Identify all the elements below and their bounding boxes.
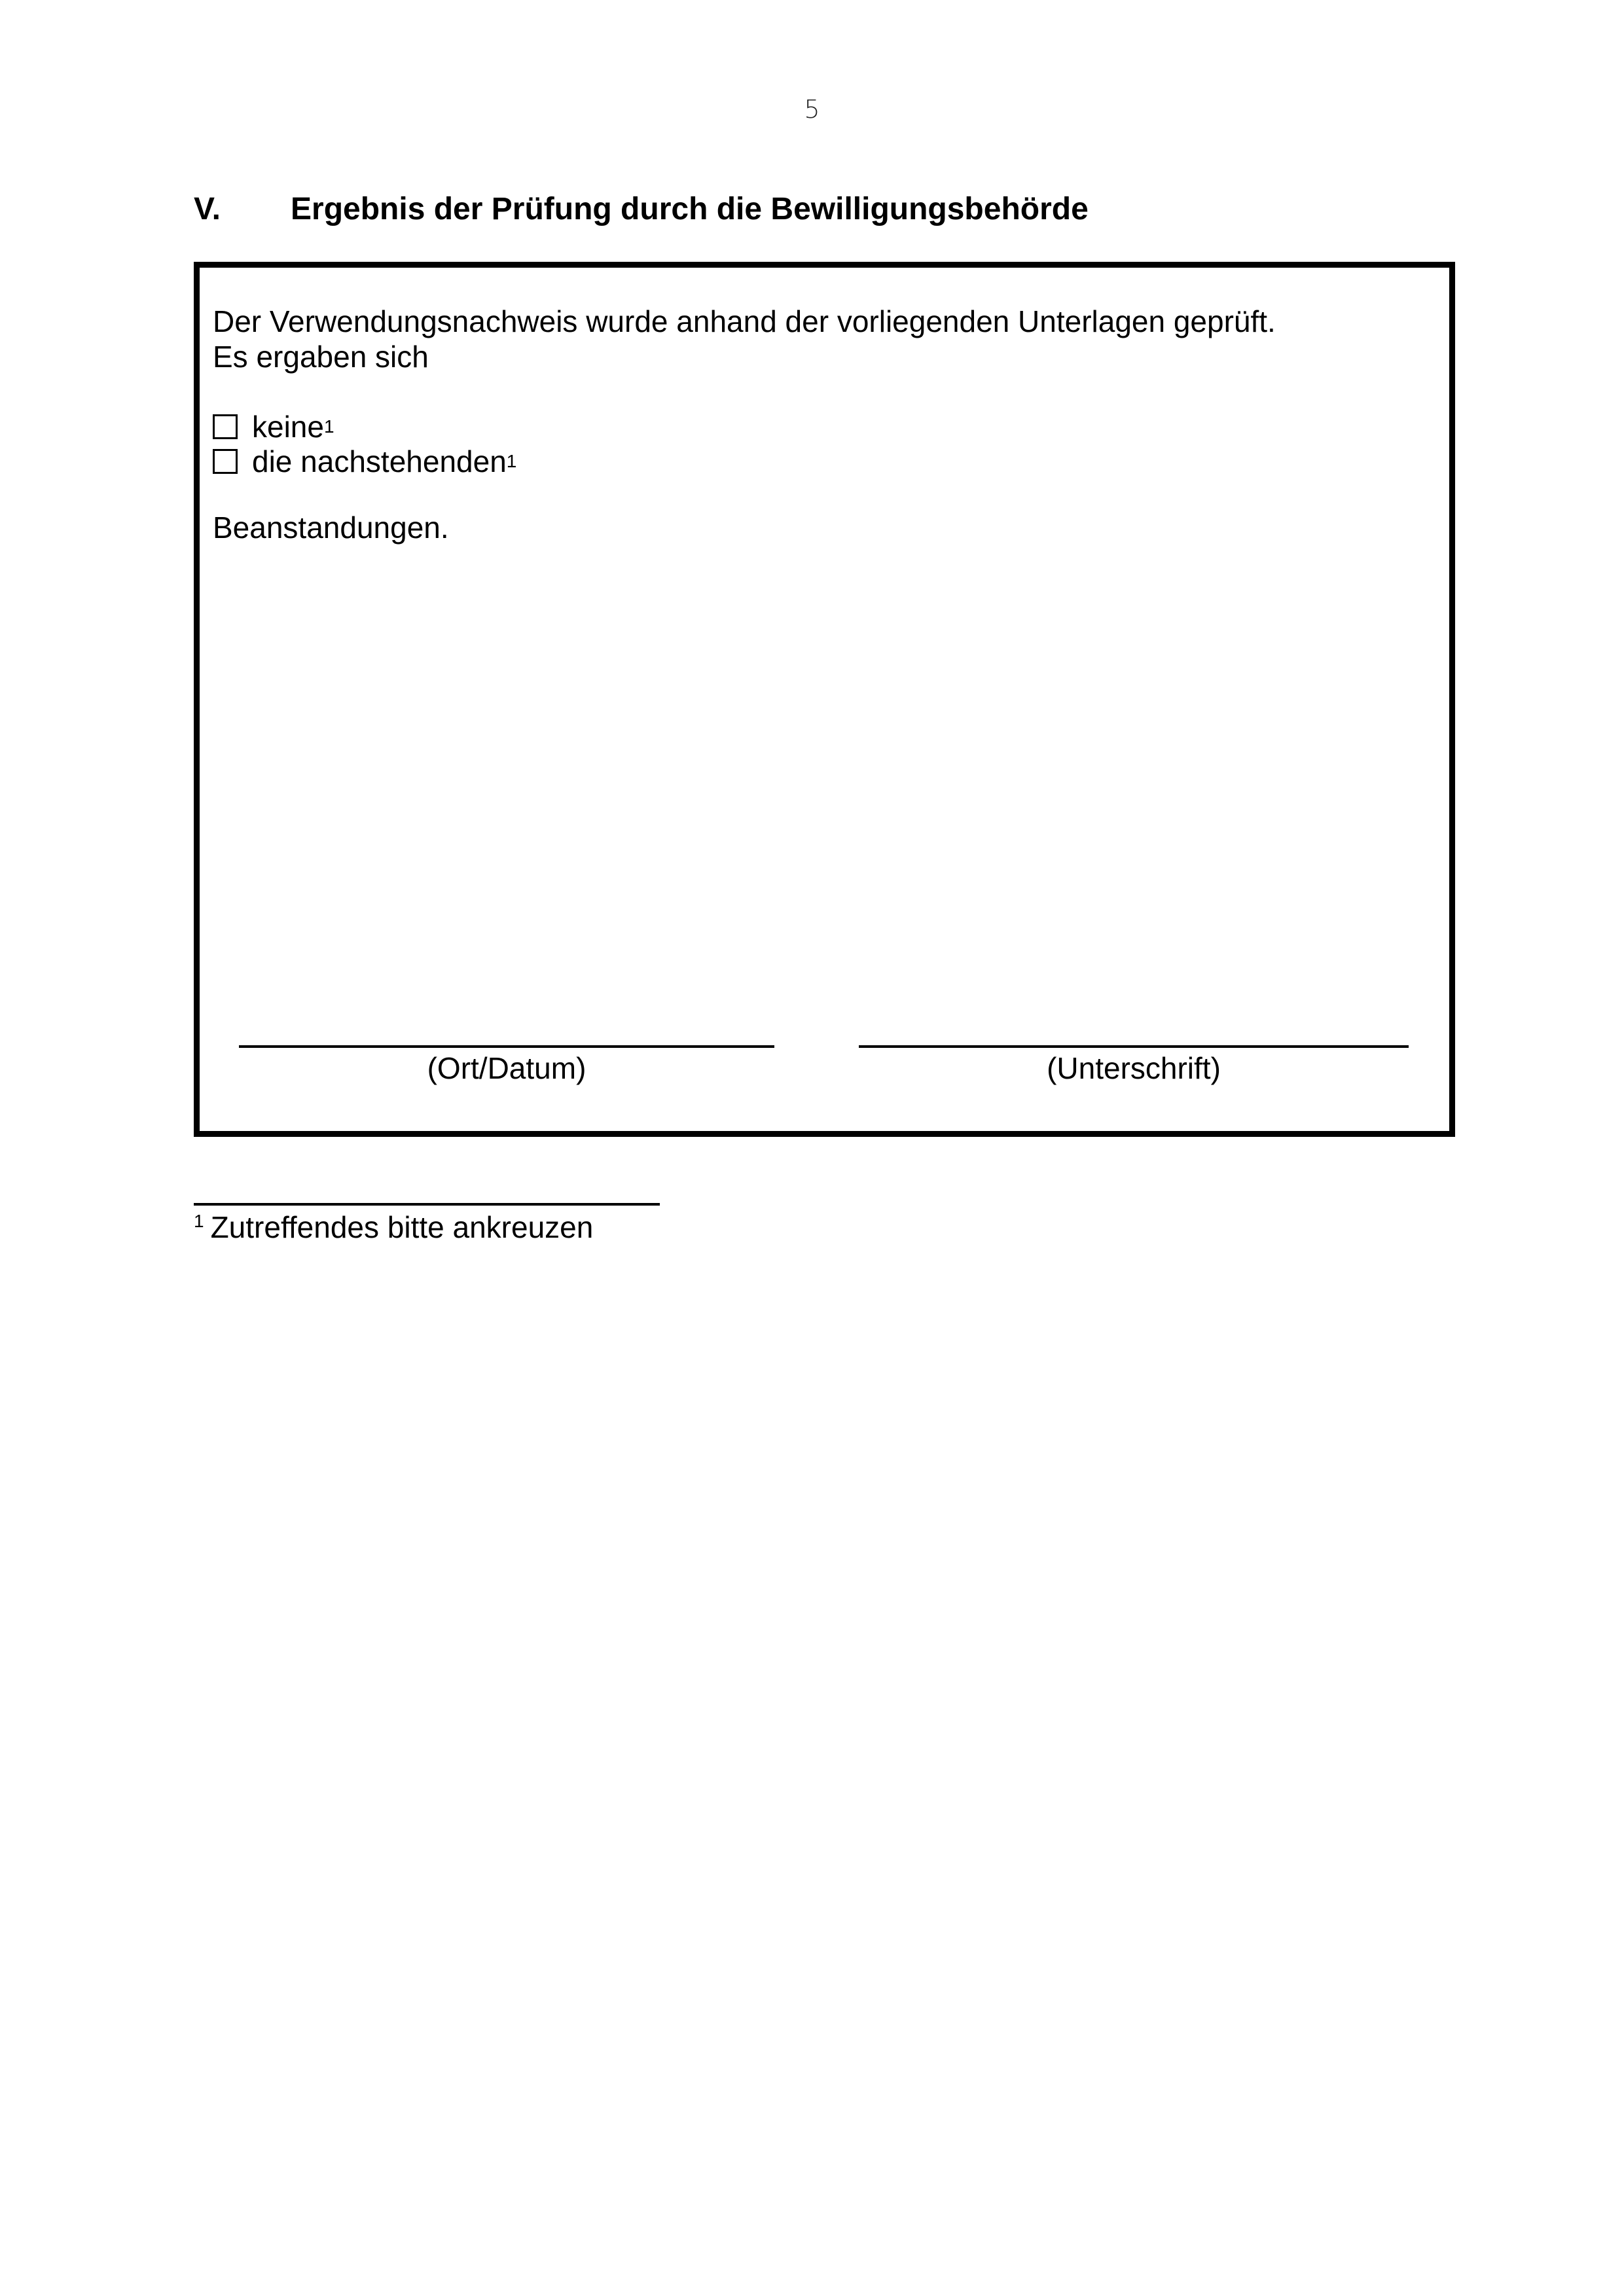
- footnote: 1Zutreffendes bitte ankreuzen: [194, 1210, 593, 1245]
- footnote-text: Zutreffendes bitte ankreuzen: [211, 1210, 594, 1244]
- review-result-box: Der Verwendungsnachweis wurde anhand der…: [194, 262, 1455, 1137]
- signature-label: (Unterschrift): [859, 1050, 1409, 1086]
- place-date-line: [239, 1045, 774, 1048]
- place-date-label: (Ort/Datum): [239, 1050, 774, 1086]
- signature-line: [859, 1045, 1409, 1048]
- option-keine[interactable]: keine1: [213, 410, 334, 443]
- section-number: V.: [194, 191, 291, 227]
- signature-field[interactable]: (Unterschrift): [859, 1045, 1409, 1086]
- option-label-keine: keine: [252, 409, 324, 444]
- option-nachstehenden[interactable]: die nachstehenden1: [213, 445, 516, 478]
- page-number: 5: [0, 95, 1624, 124]
- footnote-number: 1: [194, 1211, 204, 1231]
- intro-text-line-2: Es ergaben sich: [213, 339, 429, 374]
- checkbox-keine[interactable]: [213, 414, 238, 439]
- checkbox-nachstehenden[interactable]: [213, 449, 238, 474]
- footnote-separator: [194, 1203, 660, 1206]
- section-heading: V.Ergebnis der Prüfung durch die Bewilli…: [194, 191, 1089, 227]
- place-date-field[interactable]: (Ort/Datum): [239, 1045, 774, 1086]
- closing-text: Beanstandungen.: [213, 510, 449, 545]
- intro-text-line-1: Der Verwendungsnachweis wurde anhand der…: [213, 304, 1276, 339]
- section-title: Ergebnis der Prüfung durch die Bewilligu…: [291, 192, 1089, 226]
- option-label-nachstehenden: die nachstehenden: [252, 444, 507, 479]
